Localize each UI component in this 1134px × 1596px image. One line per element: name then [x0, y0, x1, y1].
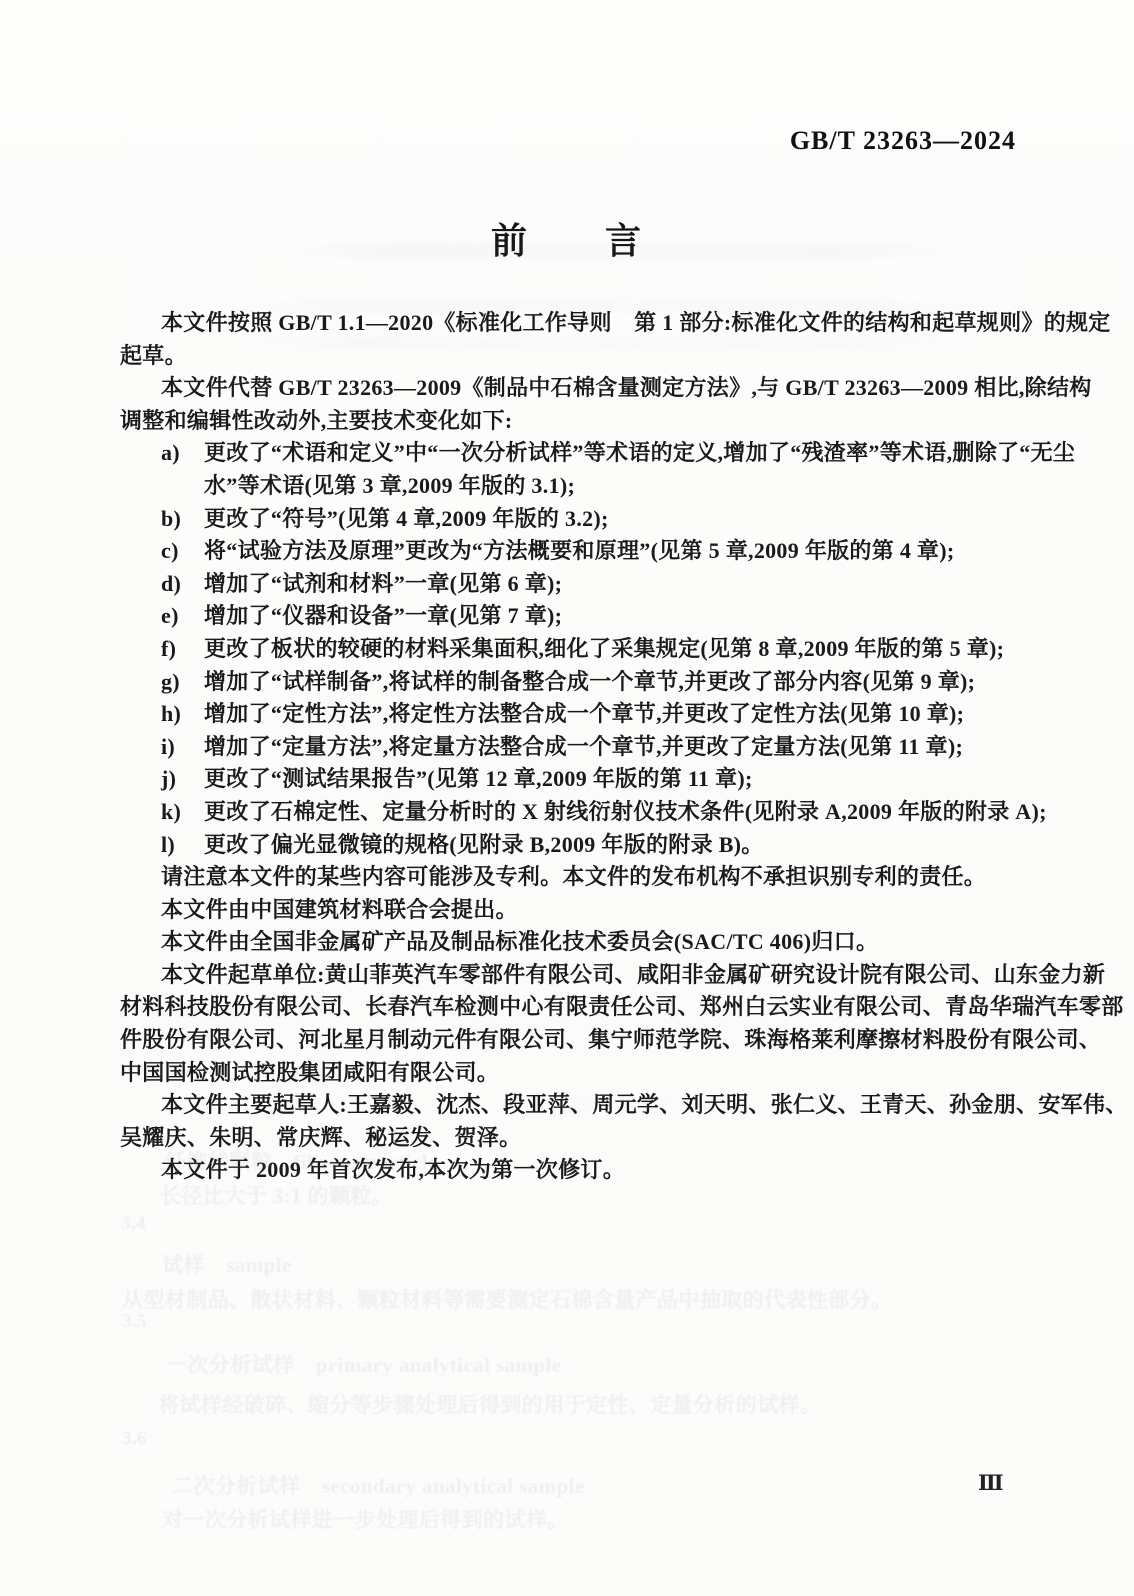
- list-item-text: 更改了“术语和定义”中“一次分析试样”等术语的定义,增加了“残渣率”等术语,删除…: [204, 440, 1075, 465]
- list-item-text: 增加了“定性方法”,将定性方法整合成一个章节,并更改了定性方法(见第 10 章)…: [204, 701, 964, 726]
- list-item-letter: f): [161, 633, 204, 666]
- ghost-text-line: 纤维状颗粒 fibrous particle: [165, 1146, 438, 1176]
- foreword-body: 本文件按照 GB/T 1.1—2020《标准化工作导则 第 1 部分:标准化文件…: [120, 307, 1032, 1187]
- change-list-item: e)增加了“仪器和设备”一章(见第 7 章);: [120, 600, 1032, 633]
- list-item-text: 更改了石棉定性、定量分析时的 X 射线衍射仪技术条件(见附录 A,2009 年版…: [204, 799, 1047, 824]
- text-line: 请注意本文件的某些内容可能涉及专利。本文件的发布机构不承担识别专利的责任。: [120, 861, 1032, 894]
- change-list-item: a)更改了“术语和定义”中“一次分析试样”等术语的定义,增加了“残渣率”等术语,…: [120, 437, 1032, 470]
- change-list-item: f)更改了板状的较硬的材料采集面积,细化了采集规定(见第 8 章,2009 年版…: [120, 633, 1032, 666]
- change-list-item: h)增加了“定性方法”,将定性方法整合成一个章节,并更改了定性方法(见第 10 …: [120, 698, 1032, 731]
- change-list-item: k)更改了石棉定性、定量分析时的 X 射线衍射仪技术条件(见附录 A,2009 …: [120, 796, 1032, 829]
- text-line: 中国国检测试控股集团咸阳有限公司。: [120, 1057, 1032, 1090]
- ghost-text-line: 试样 sample: [162, 1249, 292, 1279]
- text-line: 本文件由中国建筑材料联合会提出。: [120, 894, 1032, 927]
- document-page: GB/T 23263—2024 前 言 本文件按照 GB/T 1.1—2020《…: [0, 0, 1134, 1596]
- list-item-letter: k): [161, 796, 204, 829]
- list-item-letter: e): [161, 600, 204, 633]
- list-item-text: 更改了板状的较硬的材料采集面积,细化了采集规定(见第 8 章,2009 年版的第…: [204, 636, 1004, 661]
- list-item-text: 增加了“试样制备”,将试样的制备整合成一个章节,并更改了部分内容(见第 9 章)…: [204, 669, 975, 694]
- page-number: Ⅲ: [978, 1470, 1004, 1496]
- change-list-item: d)增加了“试剂和材料”一章(见第 6 章);: [120, 568, 1032, 601]
- list-item-letter: j): [161, 763, 204, 796]
- text-line: 本文件由全国非金属矿产品及制品标准化技术委员会(SAC/TC 406)归口。: [120, 926, 1032, 959]
- list-item-text: 增加了“试剂和材料”一章(见第 6 章);: [204, 571, 562, 596]
- change-list-item: b)更改了“符号”(见第 4 章,2009 年版的 3.2);: [120, 503, 1032, 536]
- text-line: 本文件代替 GB/T 23263—2009《制品中石棉含量测定方法》,与 GB/…: [120, 372, 1032, 405]
- ghost-text-line: 3.6: [122, 1428, 147, 1450]
- list-item-letter: i): [161, 731, 204, 764]
- change-list-item: i)增加了“定量方法”,将定量方法整合成一个章节,并更改了定量方法(见第 11 …: [120, 731, 1032, 764]
- list-item-letter: a): [161, 437, 204, 470]
- change-list-item: c)将“试验方法及原理”更改为“方法概要和原理”(见第 5 章,2009 年版的…: [120, 535, 1032, 568]
- list-item-text: 更改了偏光显微镜的规格(见附录 B,2009 年版的附录 B)。: [204, 832, 764, 857]
- change-list-item: j)更改了“测试结果报告”(见第 12 章,2009 年版的第 11 章);: [120, 763, 1032, 796]
- ghost-text-line: 二次分析试样 secondary analytical sample: [172, 1470, 585, 1500]
- list-item-letter: b): [161, 503, 204, 536]
- ghost-text-line: 3.5: [122, 1311, 147, 1333]
- text-line: 本文件起草单位:黄山菲英汽车零部件有限公司、咸阳非金属矿研究设计院有限公司、山东…: [120, 959, 1032, 992]
- text-line: 本文件按照 GB/T 1.1—2020《标准化工作导则 第 1 部分:标准化文件…: [120, 307, 1032, 340]
- ghost-text-line: 3.4: [121, 1213, 146, 1235]
- list-item-text: 更改了“测试结果报告”(见第 12 章,2009 年版的第 11 章);: [204, 766, 753, 791]
- list-item-letter: h): [161, 698, 204, 731]
- text-line: 水”等术语(见第 3 章,2009 年版的 3.1);: [120, 470, 1032, 503]
- list-item-text: 增加了“仪器和设备”一章(见第 7 章);: [204, 603, 562, 628]
- ghost-text-line: 从型材制品、散状材料、颗粒材料等需要测定石棉含量产品中抽取的代表性部分。: [122, 1284, 892, 1314]
- ghost-text-line: 一次分析试样 primary analytical sample: [166, 1349, 561, 1379]
- list-item-text: 增加了“定量方法”,将定量方法整合成一个章节,并更改了定量方法(见第 11 章)…: [204, 734, 963, 759]
- ghost-text-line: 将试样经破碎、缩分等步骤处理后得到的用于定性、定量分析的试样。: [158, 1389, 821, 1419]
- text-line: 材料科技股份有限公司、长春汽车检测中心有限责任公司、郑州白云实业有限公司、青岛华…: [120, 991, 1032, 1024]
- standard-code: GB/T 23263—2024: [790, 126, 1016, 156]
- ghost-text-line: 长径比大于 3:1 的颗粒。: [160, 1180, 393, 1210]
- list-item-letter: g): [161, 666, 204, 699]
- change-list-item: l)更改了偏光显微镜的规格(见附录 B,2009 年版的附录 B)。: [120, 829, 1032, 862]
- list-item-text: 更改了“符号”(见第 4 章,2009 年版的 3.2);: [204, 506, 609, 531]
- ghost-text-line: 对一次分析试样进一步处理后得到的试样。: [162, 1504, 569, 1534]
- text-line: 起草。: [120, 340, 1032, 373]
- bleed-through-smudge: [275, 243, 975, 259]
- list-item-letter: d): [161, 568, 204, 601]
- list-item-text: 将“试验方法及原理”更改为“方法概要和原理”(见第 5 章,2009 年版的第 …: [204, 538, 954, 563]
- text-line: 本文件主要起草人:王嘉毅、沈杰、段亚萍、周元学、刘天明、张仁义、王青天、孙金朋、…: [120, 1089, 1032, 1122]
- change-list-item: g)增加了“试样制备”,将试样的制备整合成一个章节,并更改了部分内容(见第 9 …: [120, 666, 1032, 699]
- text-line: 调整和编辑性改动外,主要技术变化如下:: [120, 405, 1032, 438]
- text-line: 件股份有限公司、河北星月制动元件有限公司、集宁师范学院、珠海格莱利摩擦材料股份有…: [120, 1024, 1032, 1057]
- list-item-letter: c): [161, 535, 204, 568]
- list-item-letter: l): [161, 829, 204, 862]
